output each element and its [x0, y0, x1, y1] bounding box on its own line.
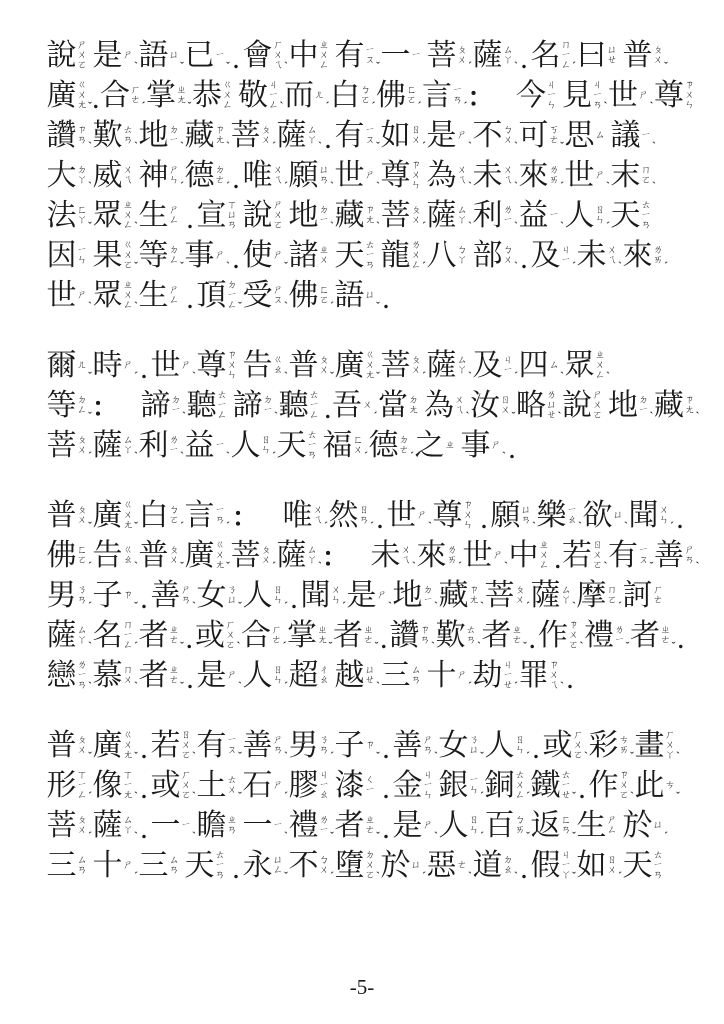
zhuyin-annotation: ㄌㄞˊ [653, 237, 666, 275]
zhuyin-annotation: ㄋㄩˇ [469, 727, 482, 765]
character-cell: 道ㄉㄠˋ [472, 846, 516, 886]
han-character: 廣 [92, 728, 123, 764]
tone-mark: ˋ [431, 641, 435, 651]
zhuyin-annotation: ㄕㄨㄛ [77, 37, 90, 75]
period-punctuation: . [527, 622, 538, 656]
period-punctuation: . [379, 622, 390, 656]
han-character: 議 [610, 118, 641, 154]
zhuyin-annotation: ㄕˊ [123, 847, 136, 885]
character-cell: 訶ㄏㄜ [622, 576, 666, 616]
han-character: 薩 [92, 428, 123, 464]
character-cell: 人ㄖㄣˊ [242, 656, 286, 696]
zhuyin-annotation: ㄙㄚˋ [457, 197, 470, 235]
zhuyin-annotation: ㄊㄧㄝˇ [561, 767, 574, 805]
character-cell: 等ㄉㄥˇ [138, 236, 182, 276]
zhuyin-annotation: ㄇㄧㄥˊ [561, 37, 574, 75]
tone-mark: ˋ [88, 301, 92, 311]
character-cell: 曰ㄩㄝ [576, 36, 620, 76]
zhuyin-annotation: ㄋㄢˊ [319, 727, 332, 765]
zhuyin-annotation: ㄕˊ [123, 347, 136, 385]
tone-mark: ˋ [376, 181, 380, 191]
han-character: 如 [380, 118, 411, 154]
tone-mark: ˇ [238, 791, 242, 801]
character-cell: 善ㄕㄢˋ [150, 576, 194, 616]
tone-mark: ˋ [468, 871, 472, 881]
tone-mark: ˇ [572, 791, 576, 801]
period-punctuation: . [184, 622, 195, 656]
zhuyin-annotation: ㄗㄤˋ [215, 117, 228, 155]
han-character: 女 [196, 578, 227, 614]
bopomofo-letter: ㄢ [641, 221, 654, 231]
tone-mark: ˋ [226, 451, 230, 461]
tone-mark: ˋ [88, 641, 92, 651]
zhuyin-annotation: ㄐㄧㄢˋ [593, 77, 606, 115]
tone-mark: ˋ [580, 641, 584, 651]
tone-mark: ˊ [618, 871, 622, 881]
period-punctuation: . [324, 392, 332, 426]
han-character: 有 [196, 728, 227, 764]
tone-mark: ˋ [134, 831, 138, 841]
character-cell: 讚ㄗㄢˋ [46, 116, 90, 156]
zhuyin-annotation: ㄕㄥ [607, 807, 620, 845]
character-cell: 瞻ㄓㄢ [196, 806, 240, 846]
zhuyin-annotation: ㄙㄚˋ [123, 807, 136, 845]
character-cell: 當ㄉㄤ [378, 386, 422, 426]
han-character: 漆 [334, 768, 365, 804]
han-character: 作 [588, 768, 619, 804]
han-character: 薩 [276, 118, 307, 154]
han-character: 作 [538, 618, 569, 654]
han-character: 普 [288, 348, 319, 384]
zhuyin-annotation: ㄕˋ [423, 807, 436, 845]
tone-mark: ˋ [88, 681, 92, 691]
zhuyin-annotation: ㄩˇ [169, 37, 182, 75]
character-cell: 地ㄉㄧˋ [392, 576, 436, 616]
character-cell: 議ㄧˋ [610, 116, 654, 156]
character-cell: 子ㄗˇ [92, 576, 136, 616]
tone-mark: ˇ [226, 61, 230, 71]
han-character: 善 [150, 578, 181, 614]
character-cell: 或ㄏㄨㄛˋ [150, 766, 194, 806]
tone-mark: ˊ [284, 681, 288, 691]
period-punctuation: . [676, 622, 687, 656]
tone-mark: ˇ [480, 751, 484, 761]
zhuyin-annotation: ㄕㄣˊ [169, 157, 182, 195]
han-character: 如 [576, 848, 607, 884]
han-character: 薩 [530, 578, 561, 614]
zhuyin-annotation: ㄓㄢ [227, 807, 240, 845]
han-character: 八 [426, 238, 457, 274]
tone-mark: ˊ [370, 521, 374, 531]
zhuyin-annotation: ㄧˋ [641, 117, 654, 155]
tone-mark: ˇ [180, 261, 184, 271]
character-cell: 生ㄕㄥ [138, 196, 182, 236]
tone-mark: ˋ [376, 871, 380, 881]
character-cell: 世ㄕˋ [462, 536, 506, 576]
han-character: 一 [150, 808, 181, 844]
character-cell: 而ㄦˊ [284, 76, 328, 116]
bopomofo-letter: ㄤ [409, 406, 422, 416]
han-character: 世 [334, 158, 365, 194]
character-cell: 益ㄧˋ [184, 426, 228, 466]
tone-mark: ˋ [606, 371, 610, 381]
character-cell: 因ㄧㄣ [46, 236, 90, 276]
han-character: 天 [622, 848, 653, 884]
han-character: 頂 [196, 278, 227, 314]
tone-mark: ˇ [650, 561, 654, 571]
tone-mark: ˋ [504, 561, 508, 571]
character-cell: 世ㄕˋ [564, 156, 608, 196]
character-cell: 菩ㄆㄨˊ [484, 576, 528, 616]
zhuyin-annotation: ㄖㄨˇ [501, 387, 514, 425]
han-character: 恭 [192, 78, 223, 114]
bopomofo-letter: ㄥ [169, 296, 182, 306]
tone-mark: ˇ [512, 411, 516, 421]
han-character: 尊 [196, 348, 227, 384]
han-character: 等 [138, 238, 169, 274]
character-cell: 薩ㄙㄚˋ [92, 426, 136, 466]
tone-mark: ˊ [142, 101, 146, 111]
zhuyin-annotation: ㄓㄜˇ [364, 617, 377, 655]
tone-mark: ˊ [480, 791, 484, 801]
zhuyin-annotation: ㄧㄠˋ [567, 497, 580, 535]
tone-mark: ˋ [652, 181, 656, 191]
tone-mark: ˋ [134, 221, 138, 231]
han-character: 訶 [622, 578, 653, 614]
zhuyin-annotation: ㄐㄧㄚˇ [561, 847, 574, 885]
han-character: 見 [562, 78, 593, 114]
zhuyin-annotation: ㄨㄟˋ [607, 237, 620, 275]
zhuyin-annotation: ㄩˇ [365, 277, 378, 315]
tone-mark: ˋ [330, 221, 334, 231]
character-cell: 女ㄋㄩˇ [438, 726, 482, 766]
han-character: 及 [472, 348, 503, 384]
bopomofo-letter: ㄝ [607, 56, 620, 66]
han-character: 德 [368, 428, 399, 464]
character-cell: 四ㄙˋ [518, 346, 562, 386]
character-cell: 白ㄅㄛˊ [138, 496, 182, 536]
character-cell: 說ㄕㄨㄛ [242, 196, 286, 236]
character-cell: 中ㄓㄨㄥ [508, 536, 552, 576]
character-cell: 者ㄓㄜˇ [334, 806, 378, 846]
colon-punctuation: ： [92, 390, 118, 426]
zhuyin-annotation: ㄨㄟˋ [401, 537, 414, 575]
han-character: 越 [334, 658, 365, 694]
character-cell: 劫ㄐㄧㄝˊ [472, 656, 516, 696]
han-character: 薩 [46, 618, 77, 654]
zhuyin-annotation: ㄆㄨˇ [169, 537, 182, 575]
tone-mark: ˊ [88, 831, 92, 841]
han-character: 告 [242, 348, 273, 384]
han-character: 普 [138, 538, 169, 574]
tone-mark: ˊ [374, 411, 378, 421]
character-cell: 時ㄕˊ [92, 346, 136, 386]
text-line: 戀ㄌㄧㄢˋ慕ㄇㄨˋ者ㄓㄜˇ.是ㄕˋ人ㄖㄣˊ超ㄔㄠ越ㄩㄝˋ三ㄙㄢ十ㄕˊ劫ㄐㄧㄝˊ罪… [46, 656, 686, 696]
zhuyin-annotation: ㄅㄨˋ [503, 237, 516, 275]
character-cell: 不ㄅㄨˊ [288, 846, 332, 886]
character-cell: 金ㄐㄧㄣ [392, 766, 436, 806]
character-cell: 眾ㄓㄨㄥˋ [564, 346, 608, 386]
zhuyin-annotation: ㄆㄨˇ [653, 37, 666, 75]
han-character: 合 [241, 618, 272, 654]
tone-mark: ˇ [88, 101, 92, 111]
zhuyin-annotation: ㄘˇ [665, 767, 678, 805]
tone-mark: ˇ [376, 371, 380, 381]
period-punctuation: . [380, 812, 392, 846]
han-character: 超 [288, 658, 319, 694]
zhuyin-annotation: ㄦˇ [77, 347, 90, 385]
zhuyin-annotation: ㄏㄜ [653, 577, 666, 615]
tone-mark: ˋ [434, 831, 438, 841]
han-character: 藏 [334, 198, 365, 234]
tone-mark: ˇ [526, 831, 530, 841]
character-cell: 歎ㄊㄢˋ [92, 116, 136, 156]
tone-mark: ˋ [584, 751, 588, 761]
character-cell: 土ㄊㄨˇ [196, 766, 240, 806]
zhuyin-annotation: ㄓㄨㄥˋ [123, 277, 136, 315]
character-cell: 是ㄕˋ [196, 656, 240, 696]
zhuyin-annotation: ㄖㄣˊ [261, 427, 274, 465]
zhuyin-annotation: ㄧㄢˊ [215, 497, 228, 535]
han-character: 禮 [288, 808, 319, 844]
character-cell: 此ㄘˇ [634, 766, 678, 806]
han-character: 名 [530, 38, 561, 74]
han-character: 掌 [146, 78, 177, 114]
tone-mark: ˊ [480, 831, 484, 841]
zhuyin-annotation: ㄇㄛˋ [641, 157, 654, 195]
character-cell: 是ㄕˋ [392, 806, 436, 846]
han-character: 善 [654, 538, 685, 574]
character-cell: 之ㄓ [414, 426, 458, 466]
han-character: 來 [622, 238, 653, 274]
zhuyin-annotation: ㄩˊ [653, 807, 666, 845]
character-cell: 藏ㄗㄤˋ [654, 386, 698, 426]
character-cell: 鐵ㄊㄧㄝˇ [530, 766, 574, 806]
han-character: 女 [438, 728, 469, 764]
han-character: 十 [92, 848, 123, 884]
bopomofo-letter: ㄜ [653, 596, 666, 606]
zhuyin-annotation: ㄍㄨㄤˇ [365, 347, 378, 385]
zhuyin-annotation: ㄗˇ [123, 577, 136, 615]
tone-mark: ˋ [192, 831, 196, 841]
character-cell: 或ㄏㄨㄛˋ [542, 726, 586, 766]
paragraph: 說ㄕㄨㄛ是ㄕˋ語ㄩˇ已ㄧˇ.會ㄏㄨㄟˋ中ㄓㄨㄥ有ㄧㄡˇ一ㄧ菩ㄆㄨˊ薩ㄙㄚˋ.名ㄇ… [46, 36, 686, 316]
zhuyin-annotation: ㄈㄛˊ [319, 277, 332, 315]
tone-mark: ˋ [604, 101, 608, 111]
tone-mark: ˊ [560, 181, 564, 191]
tone-mark: ˇ [676, 791, 680, 801]
zhuyin-annotation: ㄌㄧˇ [319, 807, 332, 845]
character-cell: 利ㄌㄧˋ [472, 196, 516, 236]
han-character: 有 [334, 118, 365, 154]
zhuyin-annotation: ㄗㄨㄣ [685, 77, 698, 115]
character-cell: 佛ㄈㄛˊ [288, 276, 332, 316]
zhuyin-annotation: ㄐㄧㄠ [319, 767, 332, 805]
zhuyin-annotation: ㄉㄧˋ [169, 117, 182, 155]
character-cell: 普ㄆㄨˇ [138, 536, 182, 576]
han-character: 子 [334, 728, 365, 764]
tone-mark: ˇ [376, 831, 380, 841]
zhuyin-annotation: ㄆㄨˊ [261, 117, 274, 155]
bopomofo-letter: ㄓ [445, 441, 458, 451]
tone-mark: ˋ [428, 521, 432, 531]
period-punctuation: . [138, 582, 150, 616]
zhuyin-annotation: ㄉㄧˋ [639, 387, 652, 425]
zhuyin-annotation: ㄗㄨㄣ [463, 497, 476, 535]
han-character: 彩 [588, 728, 619, 764]
text-line: 菩ㄆㄨˊ薩ㄙㄚˋ利ㄌㄧˋ益ㄧˋ人ㄖㄣˊ天ㄊㄧㄢ福ㄈㄨˊ德ㄉㄜˊ之ㄓ事ㄕˋ. [46, 426, 686, 466]
han-character: 眾 [92, 278, 123, 314]
zhuyin-annotation: ㄨㄟˊ [313, 497, 326, 535]
tone-mark: ˋ [284, 61, 288, 71]
character-cell: 聞ㄨㄣˊ [300, 576, 344, 616]
bopomofo-letter: ㄨ [319, 256, 332, 266]
text-line: 讚ㄗㄢˋ歎ㄊㄢˋ地ㄉㄧˋ藏ㄗㄤˋ菩ㄆㄨˊ薩ㄙㄚˋ.有ㄧㄡˇ如ㄖㄨˊ是ㄕˋ不ㄅㄨˋ… [46, 116, 686, 156]
tone-mark: ˊ [226, 521, 230, 531]
han-character: 菩 [380, 348, 411, 384]
zhuyin-annotation: ㄇㄨˋ [123, 657, 136, 695]
tone-mark: ˇ [672, 641, 676, 651]
text-line: 三ㄙㄢ十ㄕˊ三ㄙㄢ天ㄊㄧㄢ.永ㄩㄥˇ不ㄅㄨˊ墮ㄉㄨㄛˋ於ㄩˊ惡ㄜˋ道ㄉㄠˋ.假ㄐ… [46, 846, 686, 886]
character-cell: 眾ㄓㄨㄥˋ [92, 276, 136, 316]
zhuyin-annotation: ㄧˋ [273, 807, 286, 845]
character-cell: 或ㄏㄨㄛˋ [195, 616, 239, 656]
character-cell: 事ㄕˋ [184, 236, 228, 276]
zhuyin-annotation: ㄆㄨˊ [515, 577, 528, 615]
zhuyin-annotation: ㄙ [595, 117, 608, 155]
tone-mark: ˋ [376, 681, 380, 691]
han-character: 神 [138, 158, 169, 194]
han-character: 或 [150, 768, 181, 804]
tone-mark: ˊ [418, 101, 422, 111]
han-character: 天 [184, 848, 215, 884]
tone-mark: ˋ [514, 61, 518, 71]
tone-mark: ˋ [238, 681, 242, 691]
character-cell: 中ㄓㄨㄥ [288, 36, 332, 76]
zhuyin-annotation: ㄕˋ [595, 157, 608, 195]
han-character: 果 [92, 238, 123, 274]
text-line: 世ㄕˋ眾ㄓㄨㄥˋ生ㄕㄥ.頂ㄉㄧㄥˇ受ㄕㄡˋ佛ㄈㄛˊ語ㄩˇ. [46, 276, 686, 316]
bopomofo-letter: ㄧ [365, 786, 378, 796]
character-cell: 於ㄩˊ [622, 806, 666, 846]
han-character: 為 [426, 158, 457, 194]
han-character: 道 [472, 848, 503, 884]
han-character: 地 [138, 118, 169, 154]
zhuyin-annotation: ㄙㄢ [77, 847, 90, 885]
period-punctuation: . [230, 852, 242, 886]
zhuyin-annotation: ㄦˊ [315, 77, 328, 115]
bopomofo-letter: ㄢ [365, 261, 378, 271]
character-cell: 尊ㄗㄨㄣ [380, 156, 424, 196]
character-cell: 摩ㄇㄛˊ [576, 576, 620, 616]
han-character: 三 [380, 658, 411, 694]
tone-mark: ˊ [422, 871, 426, 881]
tone-mark: ˋ [652, 141, 656, 151]
han-character: 世 [150, 348, 181, 384]
zhuyin-annotation: ㄕㄥ [169, 197, 182, 235]
text-line: 法ㄈㄚˇ眾ㄓㄨㄥˋ生ㄕㄥ.宣ㄒㄩㄢ說ㄕㄨㄛ地ㄉㄧˋ藏ㄗㄤˋ菩ㄆㄨˊ薩ㄙㄚˋ利ㄌㄧ… [46, 196, 686, 236]
tone-mark: ˇ [572, 871, 576, 881]
character-cell: 及ㄐㄧˊ [472, 346, 516, 386]
han-character: 願 [288, 158, 319, 194]
character-cell: 人ㄖㄣˊ [438, 806, 482, 846]
character-cell: 法ㄈㄚˇ [46, 196, 90, 236]
character-cell: 樂ㄧㄠˋ [536, 496, 580, 536]
zhuyin-annotation: ㄗㄢˋ [420, 617, 433, 655]
zhuyin-annotation: ㄒㄧㄥˊ [77, 767, 90, 805]
character-cell: 一ㄧˋ [150, 806, 194, 846]
tone-mark: ˊ [330, 751, 334, 761]
tone-mark: ˊ [526, 791, 530, 801]
tone-mark: ˇ [284, 871, 288, 881]
han-character: 爾 [46, 348, 77, 384]
han-character: 百 [484, 808, 515, 844]
han-character: 益 [518, 198, 549, 234]
character-cell: 十ㄕˊ [92, 846, 136, 886]
tone-mark: ˋ [182, 411, 186, 421]
han-character: 或 [542, 728, 573, 764]
period-punctuation: . [138, 732, 150, 766]
tone-mark: ˇ [664, 61, 668, 71]
zhuyin-annotation: ㄍㄨㄤˇ [123, 727, 136, 765]
tone-mark: ˋ [468, 221, 472, 231]
character-cell: 不ㄅㄨˋ [472, 116, 516, 156]
han-character: 是 [346, 578, 377, 614]
tone-mark: ˋ [180, 141, 184, 151]
han-character: 說 [46, 38, 77, 74]
han-character: 諦 [140, 388, 171, 424]
han-character: 及 [530, 238, 561, 274]
tone-mark: ˊ [226, 181, 230, 191]
tone-mark: ˋ [578, 521, 582, 531]
tone-mark: ˋ [192, 751, 196, 761]
tone-mark: ˋ [514, 221, 518, 231]
han-character: 益 [184, 428, 215, 464]
character-cell: 思ㄙ [564, 116, 608, 156]
zhuyin-annotation: ㄖㄨㄛˋ [181, 727, 194, 765]
character-cell: 菩ㄆㄨˊ [380, 196, 424, 236]
tone-mark: ˋ [412, 561, 416, 571]
han-character: 世 [386, 498, 417, 534]
character-cell: 名ㄇㄧㄥˊ [530, 36, 574, 76]
tone-mark: ˊ [88, 561, 92, 571]
zhuyin-annotation: ㄨㄣˊ [659, 497, 672, 535]
han-character: 眾 [92, 198, 123, 234]
tone-mark: ˊ [180, 521, 184, 531]
character-cell: 彩ㄘㄞˇ [588, 726, 632, 766]
zhuyin-annotation: ㄧㄡˇ [227, 727, 240, 765]
han-character: 者 [333, 618, 364, 654]
colon-punctuation: ： [468, 80, 494, 116]
zhuyin-annotation: ㄆㄨˇ [77, 727, 90, 765]
character-cell: 藏ㄗㄤˋ [438, 576, 482, 616]
zhuyin-annotation: ㄕˋ [365, 157, 378, 195]
bopomofo-letter: ㄥ [309, 411, 322, 421]
character-cell: 生ㄕㄥ [138, 276, 182, 316]
zhuyin-annotation: ㄐㄧㄣ [423, 767, 436, 805]
character-cell: 尊ㄗㄨㄣ [654, 76, 698, 116]
han-character: 瞻 [196, 808, 227, 844]
han-character: 菩 [230, 118, 261, 154]
tone-mark: ˊ [134, 641, 138, 651]
character-cell: 見ㄐㄧㄢˋ [562, 76, 606, 116]
zhuyin-annotation: ㄅㄨˋ [503, 117, 516, 155]
character-cell: 像ㄒㄧㄤˋ [92, 766, 136, 806]
paragraph: 普ㄆㄨˇ廣ㄍㄨㄤˇ.若ㄖㄨㄛˋ有ㄧㄡˇ善ㄕㄢˋ男ㄋㄢˊ子ㄗˇ.善ㄕㄢˋ女ㄋㄩˇ人… [46, 726, 686, 886]
zhuyin-annotation: ㄒㄩㄢ [227, 197, 240, 235]
period-punctuation: . [518, 42, 530, 76]
han-character: 大 [46, 158, 77, 194]
